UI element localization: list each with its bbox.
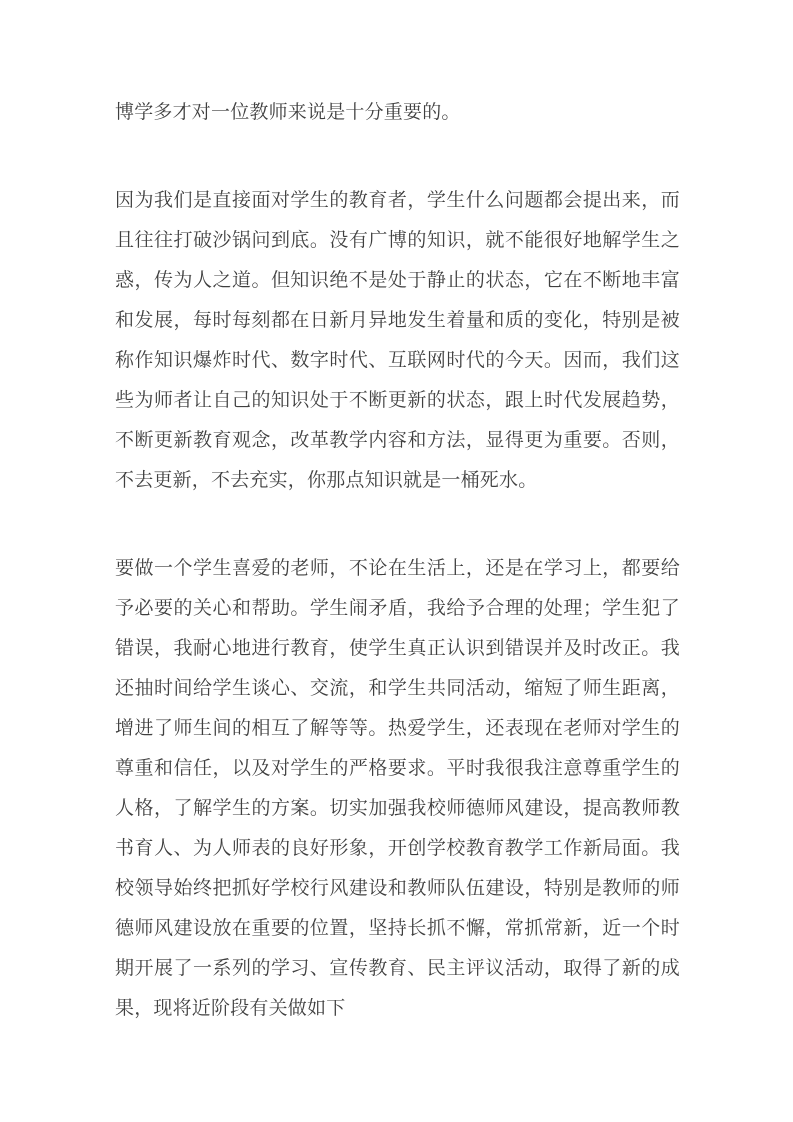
document-body: 博学多才对一位教师来说是十分重要的。 因为我们是直接面对学生的教育者，学生什么问…: [115, 93, 680, 1029]
paragraph: 博学多才对一位教师来说是十分重要的。: [115, 93, 680, 133]
paragraph: 要做一个学生喜爱的老师，不论在生活上，还是在学习上，都要给予必要的关心和帮助。学…: [115, 549, 680, 1029]
document-page: 博学多才对一位教师来说是十分重要的。 因为我们是直接面对学生的教育者，学生什么问…: [0, 0, 793, 1122]
paragraph: 因为我们是直接面对学生的教育者，学生什么问题都会提出来，而且往往打破沙锅问到底。…: [115, 181, 680, 501]
